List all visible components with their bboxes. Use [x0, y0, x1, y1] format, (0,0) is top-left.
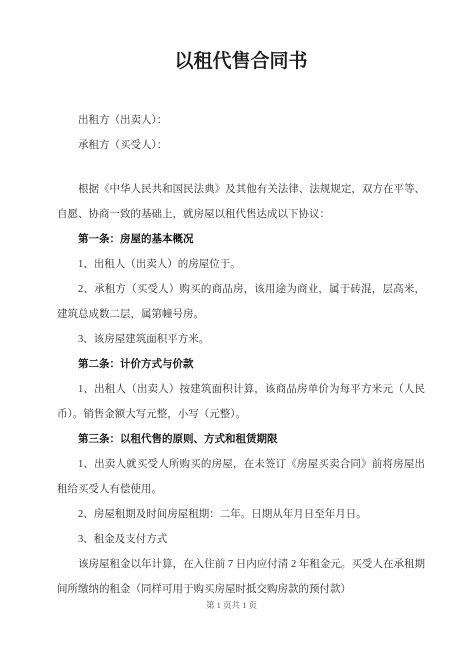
preamble-paragraph: 根据《中华人民共和国民法典》及其他有关法律、法规规定，双方在平等、自愿、协商一致…	[57, 177, 425, 227]
article-1-clause-3: 3、该房屋建筑面积平方米。	[57, 327, 425, 352]
document-body: 以租代售合同书 出租方（出卖人）： 承租方（买受人）： 根据《中华人民共和国民法…	[0, 0, 463, 602]
document-page: 以租代售合同书 出租方（出卖人）： 承租方（买受人）： 根据《中华人民共和国民法…	[0, 0, 463, 655]
party-line-lessor: 出租方（出卖人）：	[57, 108, 425, 133]
article-1-clause-2: 2、承租方（买受人）购买的商品房，该用途为商业，属于砖混，层高米，建筑总成数二层…	[57, 277, 425, 327]
article-2-heading: 第二条：计价方式与价款	[57, 352, 425, 377]
article-3-clause-2: 2、房屋租期及时间房屋租期：二年。日期从年月日至年月日。	[57, 502, 425, 527]
article-3-heading: 第三条：以租代售的原则、方式和租赁期限	[57, 427, 425, 452]
article-1-heading: 第一条：房屋的基本概况	[57, 227, 425, 252]
page-number-footer: 第 1 页共 1 页	[0, 599, 463, 611]
party-line-lessee: 承租方（买受人）：	[57, 133, 425, 158]
article-3-clause-1: 1、出卖人就买受人所购买的房屋，在未签订《房屋买卖合同》前将房屋出租给买受人有偿…	[57, 452, 425, 502]
article-2-clause-1: 1、出租人（出卖人）按建筑面积计算，该商品房单价为每平方米元（人民币）。销售金额…	[57, 377, 425, 427]
document-title: 以租代售合同书	[57, 50, 425, 74]
article-3-rent-payment-paragraph: 该房屋租金以年计算，在入住前 7 日内应付清 2 年租金元。买受人在承租期间所缴…	[57, 552, 425, 602]
article-3-clause-3: 3、租金及支付方式	[57, 527, 425, 552]
article-1-clause-1: 1、出租人（出卖人）的房屋位于。	[57, 252, 425, 277]
